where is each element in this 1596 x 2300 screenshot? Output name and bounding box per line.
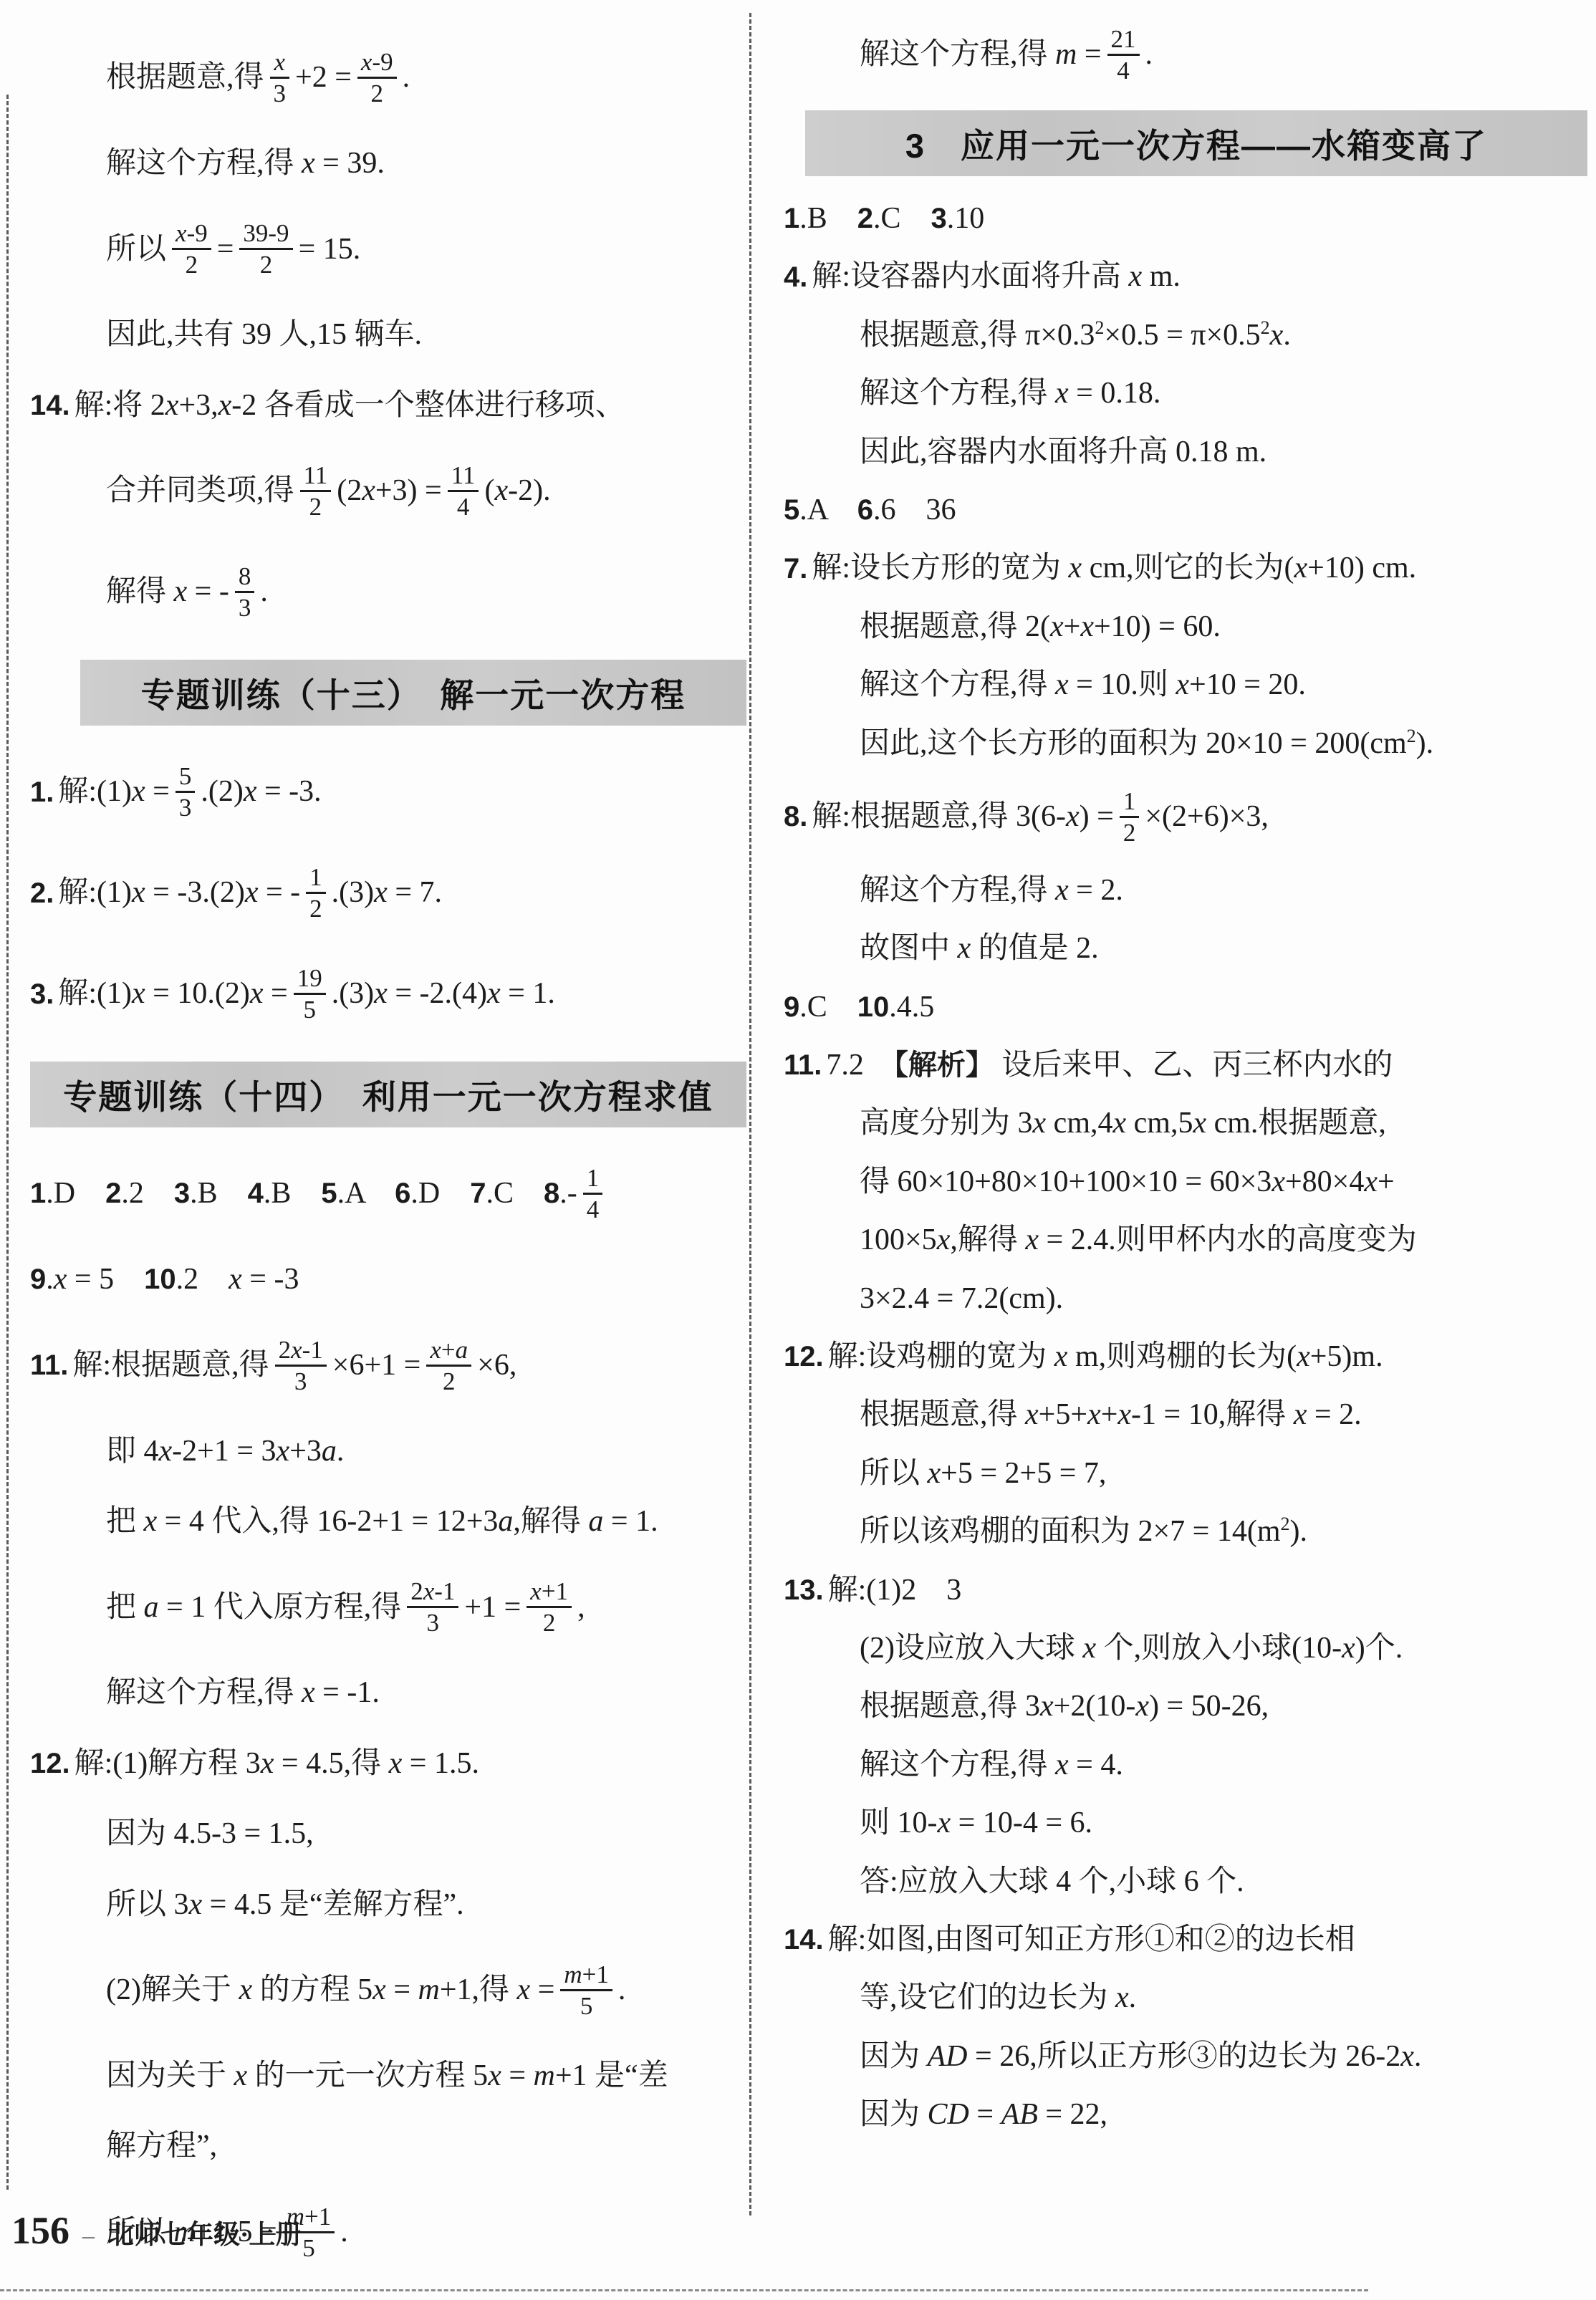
solution-line: 9.x = 5 10.2 x = -3	[30, 1261, 746, 1297]
solution-text: (2)解关于 x 的方程 5x = m+1,得 x =	[106, 1972, 554, 2008]
item-number: 4.	[784, 260, 807, 294]
solution-line: 即 4x-2+1 = 3x+3a.	[30, 1433, 746, 1469]
fraction-denominator: 5	[299, 995, 319, 1024]
solution-text: 解:设鸡棚的宽为 x m,则鸡棚的长为(x+5)m.	[828, 1339, 1383, 1375]
solution-text: (2x+3) =	[337, 473, 442, 509]
solution-text: 得 60×10+80×10+100×10 = 60×3x+80×4x+	[860, 1164, 1395, 1200]
fraction-denominator: 2	[182, 250, 202, 279]
fraction-numerator: 1	[583, 1163, 603, 1193]
solution-text: 解:设容器内水面将升高 x m.	[812, 259, 1181, 294]
solution-line-numbered: 3.解:(1)x = 10.(2)x =195.(3)x = -2.(4)x =…	[30, 961, 746, 1027]
solution-text: 故图中 x 的值是 2.	[860, 930, 1099, 966]
solution-line-numbered: 1.解:(1)x =53.(2)x = -3.	[30, 759, 746, 825]
solution-text: 7.2 【解析】 设后来甲、乙、丙三杯内水的	[826, 1047, 1393, 1083]
item-number: 14.	[30, 388, 70, 423]
fraction: 14	[583, 1163, 603, 1224]
solution-text: 解这个方程,得 x = 4.	[860, 1747, 1123, 1783]
solution-text: 9.x = 5 10.2 x = -3	[30, 1261, 299, 1297]
solution-line-numbered: 4.解:设容器内水面将升高 x m.	[784, 259, 1587, 294]
fraction-denominator: 2	[1120, 818, 1140, 847]
item-number: 7.	[784, 552, 807, 586]
footer-book-title: 北师七年级·上册	[107, 2213, 302, 2251]
fraction-denominator: 4	[453, 492, 473, 521]
fraction: x3	[270, 47, 290, 108]
fraction: 53	[176, 761, 196, 822]
section-banner-title: 3 应用一元一次方程——水箱变高了	[905, 120, 1487, 168]
section-banner-title: 专题训练（十四） 利用一元一次方程求值	[63, 1071, 713, 1119]
fraction-numerator: 11	[300, 461, 332, 490]
solution-text: 因此,共有 39 人,15 辆车.	[106, 317, 422, 352]
solution-line: 3×2.4 = 7.2(cm).	[784, 1281, 1587, 1317]
item-number: 8.	[784, 799, 807, 834]
fraction-denominator: 3	[235, 593, 255, 622]
fraction: 112	[300, 461, 332, 521]
solution-text: .(3)x = -2.(4)x = 1.	[332, 976, 555, 1011]
solution-text: 因为 AD = 26,所以正方形③的边长为 26-2x.	[860, 2039, 1421, 2074]
solution-text: 则 10-x = 10-4 = 6.	[860, 1805, 1092, 1841]
solution-text: 即 4x-2+1 = 3x+3a.	[106, 1433, 344, 1469]
item-number: 3.	[30, 977, 54, 1011]
solution-text: 解:根据题意,得	[72, 1347, 269, 1383]
solution-line: 因为关于 x 的一元一次方程 5x = m+1 是“差	[30, 2058, 746, 2094]
solution-line-numbered: 11.7.2 【解析】 设后来甲、乙、丙三杯内水的	[784, 1047, 1587, 1083]
solution-line: 1.D 2.2 3.B 4.B 5.A 6.D 7.C 8.-14	[30, 1160, 746, 1227]
fraction-denominator: 3	[176, 793, 196, 822]
solution-text: 因此,容器内水面将升高 0.18 m.	[860, 434, 1266, 470]
solution-text: 因为 CD = AB = 22,	[860, 2097, 1107, 2132]
solution-text: 1.B 2.C 3.10	[784, 201, 984, 236]
solution-text: .	[403, 59, 410, 95]
fraction-denominator: 3	[270, 79, 290, 108]
solution-line: 得 60×10+80×10+100×10 = 60×3x+80×4x+	[784, 1164, 1587, 1200]
fraction-numerator: 2x-1	[275, 1335, 327, 1365]
solution-text: 高度分别为 3x cm,4x cm,5x cm.根据题意,	[860, 1105, 1386, 1141]
fraction-denominator: 2	[306, 492, 326, 521]
fraction-denominator: 2	[539, 1608, 559, 1637]
fraction: m+15	[560, 1960, 612, 2021]
solution-text: 解这个方程,得 x = 0.18.	[860, 375, 1160, 411]
solution-line: 1.B 2.C 3.10	[784, 201, 1587, 236]
fraction-numerator: 1	[1120, 786, 1140, 816]
solution-text: ×6+1 =	[332, 1347, 421, 1383]
item-number: 12.	[30, 1746, 70, 1781]
footer-page-number: 156	[11, 2208, 69, 2253]
column-divider-dashed-rule	[749, 13, 751, 2215]
solution-text: 根据题意,得 x+5+x+x-1 = 10,解得 x = 2.	[860, 1397, 1362, 1433]
solution-text: 答:应放入大球 4 个,小球 6 个.	[860, 1864, 1244, 1900]
solution-text: +1 =	[464, 1589, 521, 1625]
solution-text: 1.D 2.2 3.B 4.B 5.A 6.D 7.C 8.-	[30, 1175, 577, 1211]
solution-text: (x-2).	[484, 473, 550, 509]
solution-line: 9.C 10.4.5	[784, 989, 1587, 1025]
section-banner-title: 专题训练（十三） 解一元一次方程	[141, 669, 686, 717]
solution-line: (2)解关于 x 的方程 5x = m+1,得 x =m+15.	[30, 1957, 746, 2024]
solution-text: 所以该鸡棚的面积为 2×7 = 14(m2).	[860, 1514, 1307, 1549]
solution-text: 解:将 2x+3,x-2 各看成一个整体进行移项、	[74, 388, 625, 423]
fraction-denominator: 4	[1113, 56, 1133, 85]
column-right: 解这个方程,得 m =214.3 应用一元一次方程——水箱变高了1.B 2.C …	[784, 21, 1587, 2155]
solution-text: 等,设它们的边长为 x.	[860, 1980, 1136, 2016]
solution-text: 把 a = 1 代入原方程,得	[106, 1589, 401, 1625]
solution-text: 解这个方程,得 x = 2.	[860, 872, 1123, 908]
column-left: 根据题意,得x3+2 =x-92.解这个方程,得 x = 39.所以x-92=3…	[30, 44, 746, 2300]
solution-text: +2 =	[295, 59, 352, 95]
section-banner: 专题训练（十四） 利用一元一次方程求值	[30, 1062, 746, 1127]
solution-line: 合并同类项,得112(2x+3) =114(x-2).	[30, 458, 746, 524]
solution-text: 根据题意,得 3x+2(10-x) = 50-26,	[860, 1688, 1269, 1724]
fraction: 12	[306, 862, 326, 923]
solution-line: 把 a = 1 代入原方程,得2x-13+1 =x+12,	[30, 1574, 746, 1640]
solution-text: 100×5x,解得 x = 2.4.则甲杯内水的高度变为	[860, 1222, 1417, 1258]
solution-text: 解这个方程,得 x = -1.	[106, 1675, 380, 1710]
solution-line: 解这个方程,得 x = 39.	[30, 145, 746, 181]
solution-line: 解这个方程,得 x = 2.	[784, 872, 1587, 908]
fraction-denominator: 2	[256, 250, 277, 279]
fraction: 83	[235, 562, 255, 622]
solution-text: .(2)x = -3.	[201, 774, 321, 809]
fraction-numerator: 5	[176, 761, 196, 791]
solution-line: 解这个方程,得 x = 4.	[784, 1747, 1587, 1783]
solution-text: ,	[577, 1589, 585, 1625]
solution-text: 所以 3x = 4.5 是“差解方程”.	[106, 1887, 464, 1923]
solution-text: .	[340, 2214, 348, 2250]
solution-line: 解得 x = -83.	[30, 559, 746, 625]
solution-text: 解这个方程,得 x = 10.则 x+10 = 20.	[860, 667, 1306, 703]
solution-text: 解:(1)x =	[58, 774, 170, 809]
solution-line: 解这个方程,得 x = -1.	[30, 1675, 746, 1710]
solution-line: 根据题意,得 3x+2(10-x) = 50-26,	[784, 1688, 1587, 1724]
solution-line: 则 10-x = 10-4 = 6.	[784, 1805, 1587, 1841]
fraction-numerator: 2x-1	[407, 1577, 458, 1606]
fraction: 2x-13	[407, 1577, 458, 1637]
fraction: x-92	[357, 47, 397, 108]
fraction-numerator: 19	[294, 963, 326, 993]
solution-line-numbered: 12.解:(1)解方程 3x = 4.5,得 x = 1.5.	[30, 1746, 746, 1781]
solution-line: 所以 x+5 = 2+5 = 7,	[784, 1455, 1587, 1491]
fraction: 39-92	[239, 218, 292, 279]
solution-text: 5.A 6.6 36	[784, 492, 956, 528]
fraction-denominator: 3	[423, 1608, 443, 1637]
item-number: 12.	[784, 1339, 824, 1374]
solution-text: =	[217, 231, 234, 267]
solution-line: 所以 3x = 4.5 是“差解方程”.	[30, 1887, 746, 1923]
footer-separator: –	[82, 2223, 95, 2250]
fraction: 2x-13	[275, 1335, 327, 1396]
fraction-denominator: 2	[439, 1367, 459, 1396]
solution-line: 因为 4.5-3 = 1.5,	[30, 1816, 746, 1852]
solution-line: (2)设应放入大球 x 个,则放入小球(10-x)个.	[784, 1630, 1587, 1666]
solution-line: 因此,这个长方形的面积为 20×10 = 200(cm2).	[784, 726, 1587, 761]
item-number: 14.	[784, 1923, 824, 1957]
solution-line-numbered: 14.解:如图,由图可知正方形①和②的边长相	[784, 1922, 1587, 1958]
solution-text: 解:(1)解方程 3x = 4.5,得 x = 1.5.	[74, 1746, 479, 1781]
solution-line-numbered: 12.解:设鸡棚的宽为 x m,则鸡棚的长为(x+5)m.	[784, 1339, 1587, 1375]
solution-text: 3×2.4 = 7.2(cm).	[860, 1281, 1063, 1317]
solution-text: 因为关于 x 的一元一次方程 5x = m+1 是“差	[106, 2058, 668, 2094]
fraction: 195	[294, 963, 326, 1024]
solution-text: .	[1145, 37, 1153, 72]
item-number: 11.	[784, 1048, 822, 1082]
solution-text: 把 x = 4 代入,得 16-2+1 = 12+3a,解得 a = 1.	[106, 1503, 658, 1539]
fraction-numerator: x+1	[527, 1577, 572, 1606]
solution-text: .(3)x = 7.	[332, 875, 442, 910]
solution-text: 解方程”,	[106, 2128, 217, 2164]
fraction: 214	[1107, 24, 1140, 85]
solution-line: 因为 CD = AB = 22,	[784, 2097, 1587, 2132]
item-number: 11.	[30, 1348, 68, 1382]
solution-text: 解:(1)x = 10.(2)x =	[58, 976, 287, 1011]
workbook-answer-page: 根据题意,得x3+2 =x-92.解这个方程,得 x = 39.所以x-92=3…	[0, 0, 1596, 2300]
item-number: 13.	[784, 1573, 824, 1607]
page-footer: 156 – 北师七年级·上册	[11, 2208, 302, 2253]
solution-line-numbered: 11.解:根据题意,得2x-13×6+1 =x+a2×6,	[30, 1332, 746, 1399]
solution-text: 所以	[106, 231, 166, 267]
solution-text: 根据题意,得 π×0.32×0.5 = π×0.52x.	[860, 317, 1291, 353]
solution-line: 根据题意,得x3+2 =x-92.	[30, 44, 746, 111]
item-number: 2.	[30, 876, 54, 910]
fraction-denominator: 5	[299, 2233, 319, 2263]
solution-line: 根据题意,得 x+5+x+x-1 = 10,解得 x = 2.	[784, 1397, 1587, 1433]
solution-text: 解这个方程,得 m =	[860, 37, 1102, 72]
fraction-numerator: 21	[1107, 24, 1140, 54]
solution-line-numbered: 2.解:(1)x = -3.(2)x = -12.(3)x = 7.	[30, 860, 746, 926]
fraction: x+a2	[426, 1335, 471, 1396]
solution-line: 5.A 6.6 36	[784, 492, 1587, 528]
solution-text: ×(2+6)×3,	[1145, 799, 1269, 834]
left-dashed-rule	[6, 95, 9, 2190]
fraction-numerator: 1	[306, 862, 326, 892]
solution-line-numbered: 14.解:将 2x+3,x-2 各看成一个整体进行移项、	[30, 388, 746, 423]
solution-text: .	[260, 574, 268, 610]
solution-line: 高度分别为 3x cm,4x cm,5x cm.根据题意,	[784, 1105, 1587, 1141]
solution-text: 因此,这个长方形的面积为 20×10 = 200(cm2).	[860, 726, 1433, 761]
solution-text: 解得 x = -	[106, 574, 229, 610]
solution-line: 把 x = 4 代入,得 16-2+1 = 12+3a,解得 a = 1.	[30, 1503, 746, 1539]
solution-text: 所以 x+5 = 2+5 = 7,	[860, 1455, 1106, 1491]
solution-line: 因为 AD = 26,所以正方形③的边长为 26-2x.	[784, 2039, 1587, 2074]
solution-line: 100×5x,解得 x = 2.4.则甲杯内水的高度变为	[784, 1222, 1587, 1258]
fraction-denominator: 4	[583, 1195, 603, 1224]
solution-line: 所以该鸡棚的面积为 2×7 = 14(m2).	[784, 1514, 1587, 1549]
solution-text: 合并同类项,得	[106, 473, 294, 509]
fraction-numerator: x-9	[357, 47, 397, 77]
solution-text: 解:根据题意,得 3(6-x) =	[812, 799, 1114, 834]
solution-line-numbered: 13.解:(1)2 3	[784, 1572, 1587, 1608]
solution-line: 根据题意,得 π×0.32×0.5 = π×0.52x.	[784, 317, 1587, 353]
solution-line: 等,设它们的边长为 x.	[784, 1980, 1587, 2016]
solution-line: 答:应放入大球 4 个,小球 6 个.	[784, 1864, 1587, 1900]
fraction: 12	[1120, 786, 1140, 847]
fraction: x-92	[172, 218, 211, 279]
fraction-numerator: 39-9	[239, 218, 292, 248]
solution-line: 根据题意,得 2(x+x+10) = 60.	[784, 609, 1587, 645]
fraction-numerator: x+a	[426, 1335, 471, 1365]
solution-text: .	[618, 1972, 626, 2008]
solution-line-numbered: 7.解:设长方形的宽为 x cm,则它的长为(x+10) cm.	[784, 550, 1587, 586]
fraction-denominator: 3	[291, 1367, 311, 1396]
solution-text: = 15.	[299, 231, 361, 267]
solution-line: 因此,容器内水面将升高 0.18 m.	[784, 434, 1587, 470]
solution-text: 因为 4.5-3 = 1.5,	[106, 1816, 314, 1852]
solution-text: 解:设长方形的宽为 x cm,则它的长为(x+10) cm.	[812, 550, 1416, 586]
solution-line: 因此,共有 39 人,15 辆车.	[30, 317, 746, 352]
solution-line: 解方程”,	[30, 2128, 746, 2164]
fraction: 114	[448, 461, 479, 521]
solution-text: ×6,	[477, 1347, 516, 1383]
solution-line: 解这个方程,得 x = 10.则 x+10 = 20.	[784, 667, 1587, 703]
solution-text: 9.C 10.4.5	[784, 989, 934, 1025]
solution-line: 所以x-92=39-92= 15.	[30, 216, 746, 282]
solution-text: (2)设应放入大球 x 个,则放入小球(10-x)个.	[860, 1630, 1403, 1666]
solution-line-numbered: 8.解:根据题意,得 3(6-x) =12×(2+6)×3,	[784, 784, 1587, 850]
fraction-numerator: 11	[448, 461, 479, 490]
fraction-numerator: x	[270, 47, 289, 77]
fraction: x+12	[527, 1577, 572, 1637]
item-number: 1.	[30, 775, 54, 809]
solution-line: 解这个方程,得 m =214.	[784, 21, 1587, 88]
solution-text: 解:(1)2 3	[828, 1572, 962, 1608]
fraction-denominator: 2	[367, 79, 387, 108]
solution-line: 故图中 x 的值是 2.	[784, 930, 1587, 966]
solution-text: 根据题意,得 2(x+x+10) = 60.	[860, 609, 1221, 645]
section-banner: 专题训练（十三） 解一元一次方程	[80, 660, 746, 726]
fraction-denominator: 2	[306, 894, 326, 923]
solution-text: 解这个方程,得 x = 39.	[106, 145, 385, 181]
solution-line: 解这个方程,得 x = 0.18.	[784, 375, 1587, 411]
solution-text: 解:(1)x = -3.(2)x = -	[58, 875, 300, 910]
fraction-numerator: m+1	[560, 1960, 612, 1989]
fraction-denominator: 5	[577, 1991, 597, 2021]
solution-text: 解:如图,由图可知正方形①和②的边长相	[828, 1922, 1355, 1958]
section-banner: 3 应用一元一次方程——水箱变高了	[805, 110, 1587, 176]
fraction-numerator: 8	[235, 562, 255, 591]
solution-text: 根据题意,得	[106, 59, 264, 95]
fraction-numerator: x-9	[172, 218, 211, 248]
